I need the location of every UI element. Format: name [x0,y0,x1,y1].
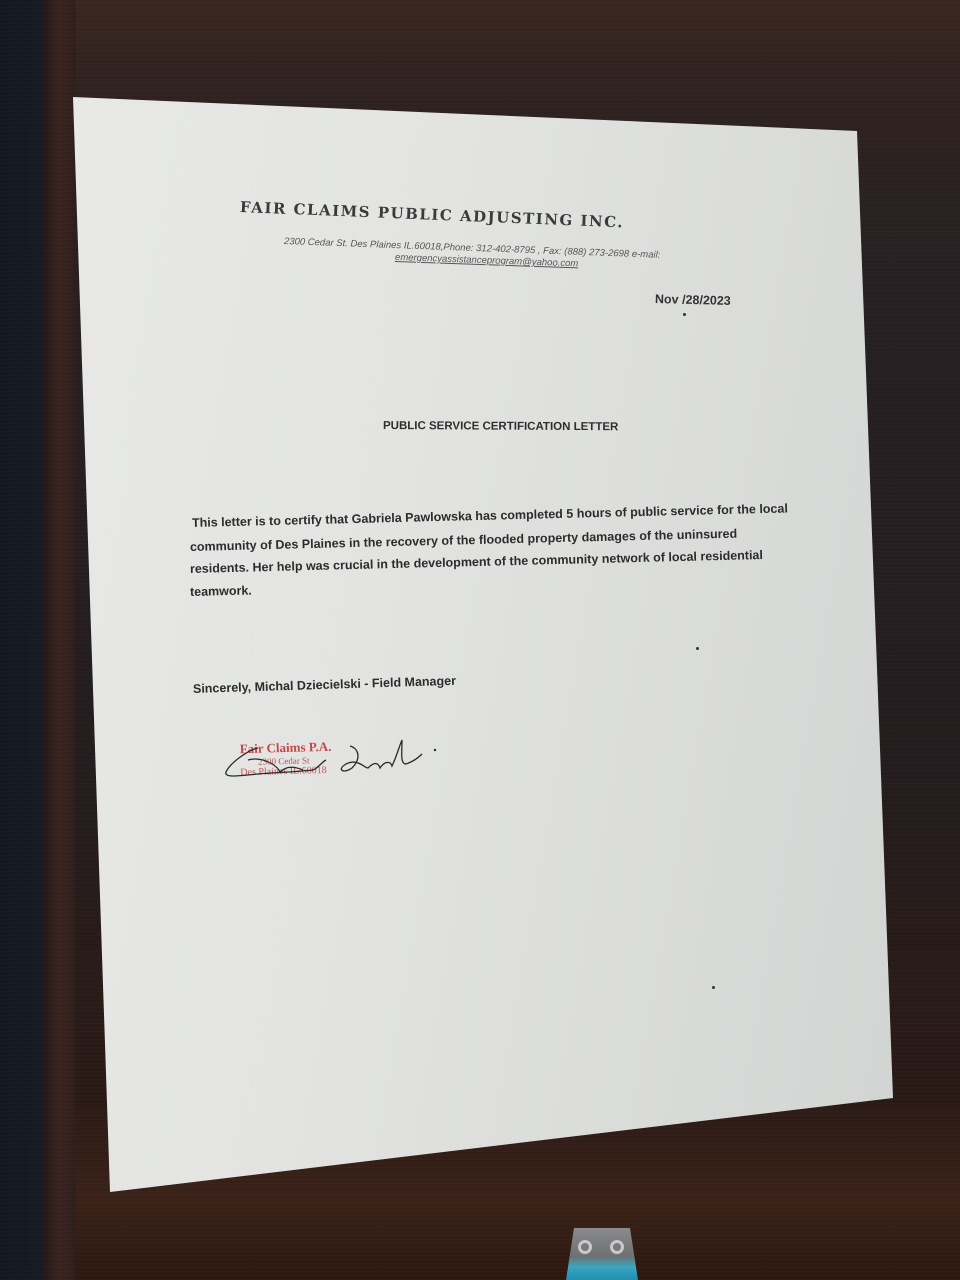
toy-eye-left [578,1240,592,1254]
toy-figure [566,1228,638,1280]
paper-speck [712,986,715,989]
letter-date: Nov /28/2023 [655,292,731,308]
toy-eye-right [610,1240,624,1254]
letter-closing: Sincerely, Michal Dziecielski - Field Ma… [193,674,456,696]
paper-speck [696,647,699,650]
paper-speck [683,313,686,316]
company-letterhead: FAIR CLAIMS PUBLIC ADJUSTING INC. [240,198,625,231]
letter-title: PUBLIC SERVICE CERTIFICATION LETTER [383,420,618,433]
body-line: teamwork. [190,583,252,599]
signature-icon [218,728,468,788]
letter-content: FAIR CLAIMS PUBLIC ADJUSTING INC. 2300 C… [0,0,960,1280]
body-line: residents. Her help was crucial in the d… [190,548,763,576]
body-line: This letter is to certify that Gabriela … [192,501,788,530]
